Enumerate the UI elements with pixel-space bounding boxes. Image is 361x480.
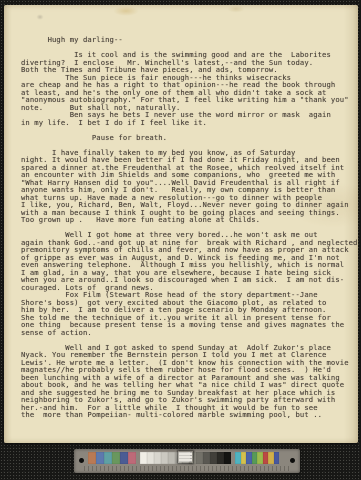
gray-patch xyxy=(147,452,154,464)
gray-patch xyxy=(224,452,231,464)
color-patch xyxy=(128,452,136,464)
letter-line: the more than Pompeiian- multi-colored m… xyxy=(21,411,352,419)
scanned-letter-image: Hugh my darling-- Is it cool and is the … xyxy=(0,0,361,480)
gray-patch xyxy=(161,452,168,464)
color-calibration-ruler xyxy=(74,449,300,473)
gray-patch xyxy=(196,452,203,464)
letter-line: sense of action. xyxy=(21,329,352,337)
letter-line: Pause for breath. xyxy=(21,134,352,142)
letter-line: in my life. I bet I do if I feel like it… xyxy=(21,119,352,127)
letter-line: Hugh my darling-- xyxy=(21,36,352,44)
color-patch xyxy=(96,452,104,464)
ruler-tick-marks xyxy=(84,466,290,471)
gray-patch xyxy=(168,452,175,464)
left-color-patches xyxy=(88,452,136,464)
color-patch xyxy=(112,452,120,464)
color-patch xyxy=(274,452,280,464)
calibration-sticker-label xyxy=(177,450,194,465)
letter-page: Hugh my darling-- Is it cool and is the … xyxy=(4,5,358,443)
ruler-hole-left xyxy=(79,458,84,463)
right-color-patches xyxy=(235,452,279,464)
letter-body: Hugh my darling-- Is it cool and is the … xyxy=(21,36,352,439)
gray-patch xyxy=(203,452,210,464)
letter-line: Too grown up . Have more fun eating alon… xyxy=(21,216,352,224)
gray-patch xyxy=(140,452,147,464)
gray-patch xyxy=(154,452,161,464)
color-patch xyxy=(88,452,96,464)
gray-patch xyxy=(217,452,224,464)
gray-patch xyxy=(210,452,217,464)
ruler-hole-right xyxy=(290,458,295,463)
color-patch xyxy=(120,452,128,464)
color-patch xyxy=(104,452,112,464)
